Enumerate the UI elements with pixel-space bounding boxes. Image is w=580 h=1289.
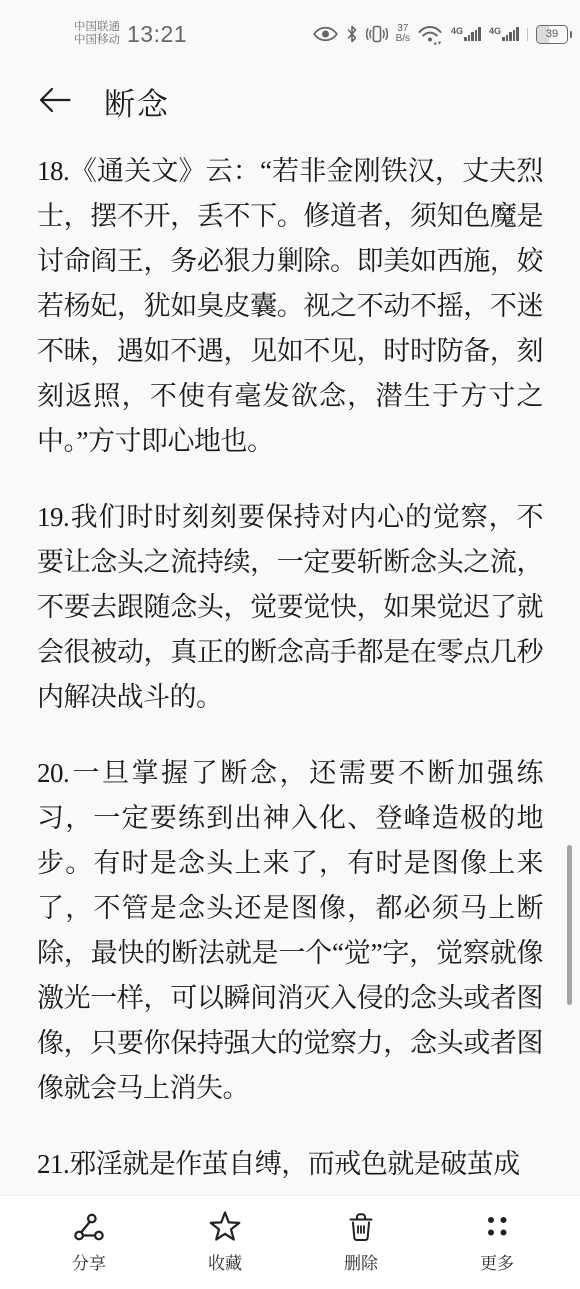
battery-percent: 39 [546,28,558,40]
signal-bars-sim2-icon: 4G [489,27,519,41]
paragraph-19: 19.我们时时刻刻要保持对内心的觉察，不要让念头之流持续，一定要斩断念头之流，不… [37,495,543,720]
star-icon [208,1211,242,1242]
paragraph-21: 21.邪淫就是作茧自缚，而戒色就是破茧成 [37,1142,543,1187]
share-button[interactable]: 分享 [58,1212,120,1274]
delete-button[interactable]: 删除 [330,1212,392,1274]
delete-label: 删除 [344,1249,378,1274]
status-time: 13:21 [127,21,187,48]
vibrate-icon [366,25,388,43]
status-bar: 中国联通 中国移动 13:21 37 B/s [0,0,580,62]
share-icon [73,1212,105,1242]
status-divider [527,28,528,41]
carrier-line-2: 中国移动 [74,34,120,48]
sim2-network-type: 4G [489,27,501,36]
carrier-line-1: 中国联通 [74,21,120,35]
bottom-toolbar: 分享 收藏 删除 更多 [0,1195,580,1289]
more-label: 更多 [480,1249,514,1274]
network-speed-unit: B/s [396,34,410,45]
network-speed: 37 B/s [396,24,410,45]
bluetooth-icon [346,25,358,43]
paragraph-18: 18.《通关文》云：“若非金刚铁汉，丈夫烈士，摆不开，丢不下。修道者，须知色魔是… [37,149,543,464]
more-dots-icon [482,1212,512,1242]
page-title: 断念 [104,79,170,124]
favorite-label: 收藏 [208,1249,242,1274]
sim1-network-type: 4G [451,27,463,36]
eye-comfort-icon [313,26,338,42]
note-content: 18.《通关文》云：“若非金刚铁汉，丈夫烈士，摆不开，丢不下。修道者，须知色魔是… [0,140,580,1289]
more-button[interactable]: 更多 [466,1212,528,1274]
carrier-names: 中国联通 中国移动 [74,21,120,48]
trash-icon [346,1212,376,1242]
scrollbar-thumb[interactable] [567,845,572,1005]
favorite-button[interactable]: 收藏 [194,1211,256,1274]
back-button[interactable] [38,87,71,116]
battery-icon: 39 [536,25,572,44]
title-bar: 断念 [0,62,580,140]
wifi-icon [418,24,443,45]
signal-bars-sim1-icon: 4G [451,27,481,41]
back-arrow-icon [38,87,71,116]
share-label: 分享 [72,1249,106,1274]
paragraph-20: 20.一旦掌握了断念，还需要不断加强练习，一定要练到出神入化、登峰造极的地步。有… [37,751,543,1111]
